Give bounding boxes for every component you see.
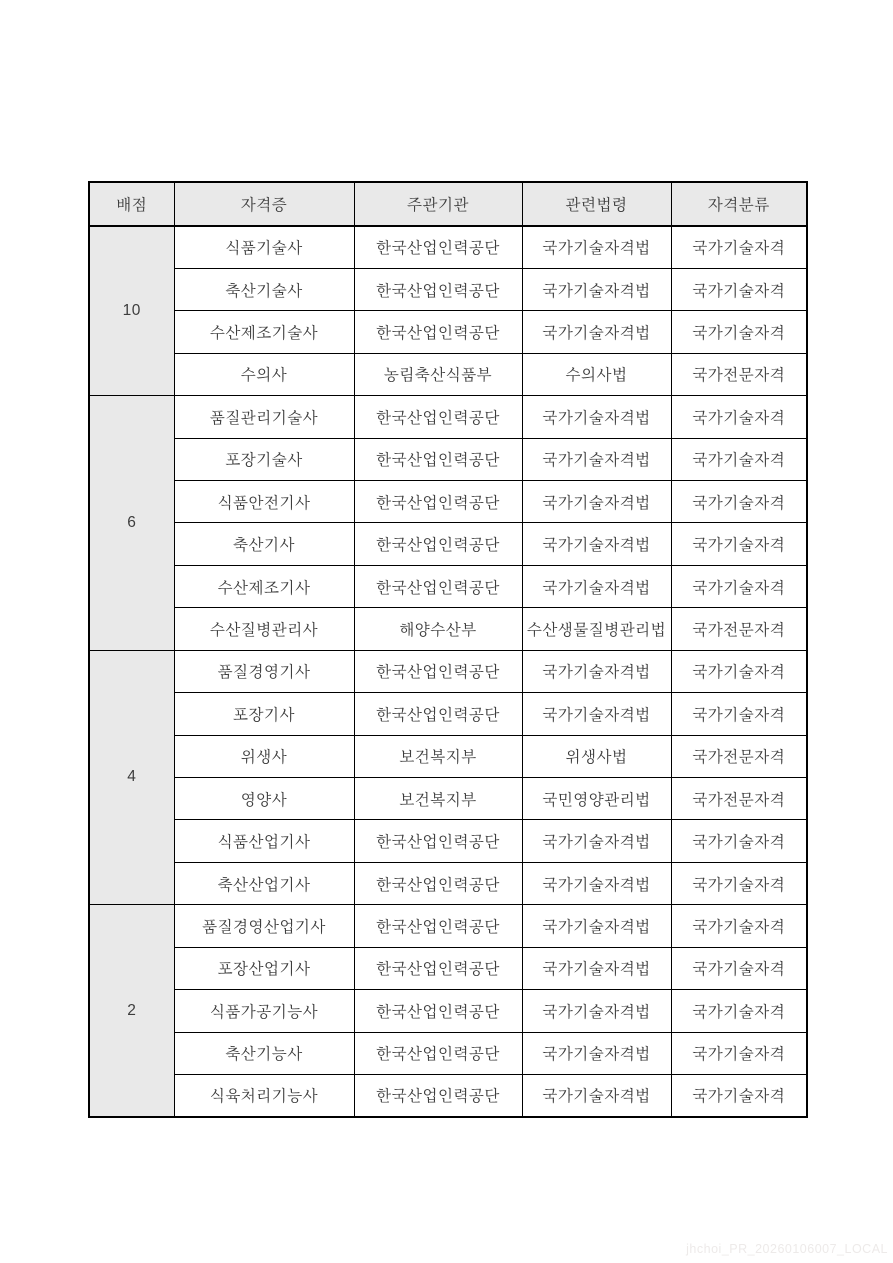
- agency-cell: 한국산업인력공단: [354, 693, 522, 735]
- agency-cell: 농림축산식품부: [354, 353, 522, 395]
- cert-name-cell: 품질경영기사: [174, 650, 354, 692]
- table-row: 4품질경영기사한국산업인력공단국가기술자격법국가기술자격: [89, 650, 807, 692]
- law-cell: 국가기술자격법: [522, 396, 671, 438]
- agency-cell: 한국산업인력공단: [354, 481, 522, 523]
- cert-name-cell: 식품가공기능사: [174, 990, 354, 1032]
- agency-cell: 한국산업인력공단: [354, 990, 522, 1032]
- table-row: 포장기술사한국산업인력공단국가기술자격법국가기술자격: [89, 438, 807, 480]
- table-row: 수의사농림축산식품부수의사법국가전문자격: [89, 353, 807, 395]
- agency-cell: 한국산업인력공단: [354, 905, 522, 947]
- category-cell: 국가전문자격: [671, 353, 807, 395]
- cert-name-cell: 축산산업기사: [174, 862, 354, 904]
- cert-name-cell: 품질관리기술사: [174, 396, 354, 438]
- cert-name-cell: 식품산업기사: [174, 820, 354, 862]
- agency-cell: 보건복지부: [354, 735, 522, 777]
- category-cell: 국가기술자격: [671, 820, 807, 862]
- cert-name-cell: 포장기사: [174, 693, 354, 735]
- law-cell: 국가기술자격법: [522, 650, 671, 692]
- category-cell: 국가전문자격: [671, 735, 807, 777]
- law-cell: 국가기술자격법: [522, 523, 671, 565]
- law-cell: 국가기술자격법: [522, 311, 671, 353]
- table-row: 2품질경영산업기사한국산업인력공단국가기술자격법국가기술자격: [89, 905, 807, 947]
- law-cell: 국가기술자격법: [522, 438, 671, 480]
- table-row: 포장기사한국산업인력공단국가기술자격법국가기술자격: [89, 693, 807, 735]
- law-cell: 국가기술자격법: [522, 862, 671, 904]
- score-cell: 2: [89, 905, 174, 1117]
- category-cell: 국가기술자격: [671, 311, 807, 353]
- category-cell: 국가기술자격: [671, 650, 807, 692]
- cert-name-cell: 수산제조기사: [174, 565, 354, 607]
- watermark-text: jhchoi_PR_20260106007_LOCAL: [686, 1242, 888, 1256]
- law-cell: 국가기술자격법: [522, 947, 671, 989]
- col-header-category: 자격분류: [671, 182, 807, 226]
- cert-name-cell: 축산기사: [174, 523, 354, 565]
- law-cell: 국가기술자격법: [522, 268, 671, 310]
- category-cell: 국가기술자격: [671, 1032, 807, 1074]
- category-cell: 국가전문자격: [671, 608, 807, 650]
- table-row: 위생사보건복지부위생사법국가전문자격: [89, 735, 807, 777]
- law-cell: 위생사법: [522, 735, 671, 777]
- table-row: 식품가공기능사한국산업인력공단국가기술자격법국가기술자격: [89, 990, 807, 1032]
- col-header-law: 관련법령: [522, 182, 671, 226]
- law-cell: 국가기술자격법: [522, 1074, 671, 1117]
- col-header-score: 배점: [89, 182, 174, 226]
- cert-name-cell: 축산기능사: [174, 1032, 354, 1074]
- cert-name-cell: 수산제조기술사: [174, 311, 354, 353]
- score-cell: 4: [89, 650, 174, 905]
- table-row: 10식품기술사한국산업인력공단국가기술자격법국가기술자격: [89, 226, 807, 268]
- category-cell: 국가기술자격: [671, 905, 807, 947]
- law-cell: 국가기술자격법: [522, 990, 671, 1032]
- col-header-agency: 주관기관: [354, 182, 522, 226]
- category-cell: 국가전문자격: [671, 777, 807, 819]
- cert-name-cell: 식육처리기능사: [174, 1074, 354, 1117]
- table-row: 축산기술사한국산업인력공단국가기술자격법국가기술자격: [89, 268, 807, 310]
- agency-cell: 한국산업인력공단: [354, 226, 522, 268]
- cert-name-cell: 식품안전기사: [174, 481, 354, 523]
- agency-cell: 한국산업인력공단: [354, 311, 522, 353]
- score-cell: 10: [89, 226, 174, 396]
- law-cell: 국가기술자격법: [522, 481, 671, 523]
- agency-cell: 한국산업인력공단: [354, 565, 522, 607]
- cert-name-cell: 수산질병관리사: [174, 608, 354, 650]
- category-cell: 국가기술자격: [671, 990, 807, 1032]
- agency-cell: 해양수산부: [354, 608, 522, 650]
- cert-name-cell: 포장기술사: [174, 438, 354, 480]
- law-cell: 국가기술자격법: [522, 565, 671, 607]
- category-cell: 국가기술자격: [671, 481, 807, 523]
- table-row: 포장산업기사한국산업인력공단국가기술자격법국가기술자격: [89, 947, 807, 989]
- agency-cell: 한국산업인력공단: [354, 523, 522, 565]
- agency-cell: 한국산업인력공단: [354, 820, 522, 862]
- table-header: 배점 자격증 주관기관 관련법령 자격분류: [89, 182, 807, 226]
- cert-name-cell: 영양사: [174, 777, 354, 819]
- table-row: 6품질관리기술사한국산업인력공단국가기술자격법국가기술자격: [89, 396, 807, 438]
- document-page: 배점 자격증 주관기관 관련법령 자격분류 10식품기술사한국산업인력공단국가기…: [0, 0, 893, 1263]
- law-cell: 국가기술자격법: [522, 693, 671, 735]
- agency-cell: 한국산업인력공단: [354, 268, 522, 310]
- category-cell: 국가기술자격: [671, 1074, 807, 1117]
- cert-name-cell: 포장산업기사: [174, 947, 354, 989]
- law-cell: 국가기술자격법: [522, 905, 671, 947]
- agency-cell: 한국산업인력공단: [354, 1074, 522, 1117]
- category-cell: 국가기술자격: [671, 438, 807, 480]
- cert-name-cell: 축산기술사: [174, 268, 354, 310]
- category-cell: 국가기술자격: [671, 226, 807, 268]
- law-cell: 국민영양관리법: [522, 777, 671, 819]
- cert-name-cell: 식품기술사: [174, 226, 354, 268]
- agency-cell: 한국산업인력공단: [354, 438, 522, 480]
- agency-cell: 한국산업인력공단: [354, 396, 522, 438]
- table-row: 축산기능사한국산업인력공단국가기술자격법국가기술자격: [89, 1032, 807, 1074]
- col-header-certificate: 자격증: [174, 182, 354, 226]
- table-row: 수산제조기술사한국산업인력공단국가기술자격법국가기술자격: [89, 311, 807, 353]
- table-row: 식육처리기능사한국산업인력공단국가기술자격법국가기술자격: [89, 1074, 807, 1117]
- category-cell: 국가기술자격: [671, 396, 807, 438]
- agency-cell: 한국산업인력공단: [354, 1032, 522, 1074]
- agency-cell: 한국산업인력공단: [354, 947, 522, 989]
- cert-name-cell: 위생사: [174, 735, 354, 777]
- law-cell: 국가기술자격법: [522, 226, 671, 268]
- law-cell: 국가기술자격법: [522, 1032, 671, 1074]
- category-cell: 국가기술자격: [671, 693, 807, 735]
- table-row: 식품안전기사한국산업인력공단국가기술자격법국가기술자격: [89, 481, 807, 523]
- law-cell: 국가기술자격법: [522, 820, 671, 862]
- certification-score-table: 배점 자격증 주관기관 관련법령 자격분류 10식품기술사한국산업인력공단국가기…: [88, 181, 808, 1118]
- agency-cell: 한국산업인력공단: [354, 862, 522, 904]
- category-cell: 국가기술자격: [671, 523, 807, 565]
- law-cell: 수산생물질병관리법: [522, 608, 671, 650]
- table-row: 수산질병관리사해양수산부수산생물질병관리법국가전문자격: [89, 608, 807, 650]
- table-row: 수산제조기사한국산업인력공단국가기술자격법국가기술자격: [89, 565, 807, 607]
- cert-name-cell: 품질경영산업기사: [174, 905, 354, 947]
- law-cell: 수의사법: [522, 353, 671, 395]
- category-cell: 국가기술자격: [671, 565, 807, 607]
- table-row: 축산산업기사한국산업인력공단국가기술자격법국가기술자격: [89, 862, 807, 904]
- agency-cell: 한국산업인력공단: [354, 650, 522, 692]
- score-cell: 6: [89, 396, 174, 651]
- table-row: 영양사보건복지부국민영양관리법국가전문자격: [89, 777, 807, 819]
- header-row: 배점 자격증 주관기관 관련법령 자격분류: [89, 182, 807, 226]
- table-row: 축산기사한국산업인력공단국가기술자격법국가기술자격: [89, 523, 807, 565]
- category-cell: 국가기술자격: [671, 862, 807, 904]
- category-cell: 국가기술자격: [671, 947, 807, 989]
- table-row: 식품산업기사한국산업인력공단국가기술자격법국가기술자격: [89, 820, 807, 862]
- category-cell: 국가기술자격: [671, 268, 807, 310]
- agency-cell: 보건복지부: [354, 777, 522, 819]
- cert-name-cell: 수의사: [174, 353, 354, 395]
- table-body: 10식품기술사한국산업인력공단국가기술자격법국가기술자격축산기술사한국산업인력공…: [89, 226, 807, 1117]
